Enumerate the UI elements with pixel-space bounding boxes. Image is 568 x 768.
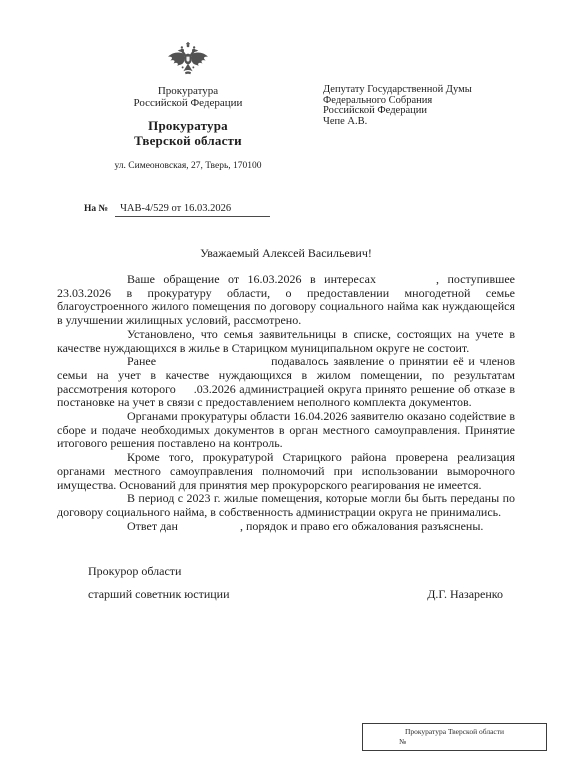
- paragraph-7-text-b: , порядок и право его обжалования разъяс…: [240, 519, 483, 533]
- org-name-line2: Российской Федерации: [57, 98, 319, 110]
- signer-name: Д.Г. Назаренко: [427, 587, 503, 602]
- signer-position-line1: Прокурор области: [88, 564, 515, 579]
- addressee-line3: Российской Федерации: [323, 106, 515, 117]
- addressee-block: Депутату Государственной Думы Федерально…: [323, 42, 515, 171]
- salutation: Уважаемый Алексей Васильевич!: [57, 246, 515, 261]
- office-name: Прокуратура Тверской области: [57, 119, 319, 148]
- registration-stamp: Прокуратура Тверской области №: [362, 723, 547, 751]
- paragraph-7-text-a: Ответ дан: [127, 519, 178, 533]
- paragraph-3: Ранееподавалось заявление о принятии её …: [57, 355, 515, 410]
- letter-page: Прокуратура Российской Федерации Прокура…: [0, 0, 568, 768]
- redacted-blank: [176, 392, 194, 393]
- paragraph-3-text-a: Ранее: [127, 354, 156, 368]
- office-address: ул. Симеоновская, 27, Тверь, 170100: [57, 161, 319, 171]
- signature-block: Прокурор области старший советник юстици…: [88, 564, 515, 602]
- coat-of-arms-icon: [165, 42, 211, 82]
- addressee-line1: Депутату Государственной Думы: [323, 85, 515, 96]
- reference-label: На №: [84, 204, 108, 214]
- office-name-line1: Прокуратура: [57, 119, 319, 134]
- signature-row: старший советник юстиции Д.Г. Назаренко: [88, 587, 515, 602]
- paragraph-2: Установлено, что семья заявительницы в с…: [57, 328, 515, 355]
- paragraph-6: В период с 2023 г. жилые помещения, кото…: [57, 492, 515, 519]
- letter-body: Ваше обращение от 16.03.2026 в интересах…: [57, 273, 515, 533]
- org-name-line1: Прокуратура: [57, 86, 319, 98]
- office-name-line2: Тверской области: [57, 134, 319, 149]
- paragraph-7: Ответ дан, порядок и право его обжалован…: [57, 520, 515, 534]
- stamp-number-label: №: [399, 738, 546, 746]
- paragraph-1: Ваше обращение от 16.03.2026 в интересах…: [57, 273, 515, 328]
- paragraph-5: Кроме того, прокуратурой Старицкого райо…: [57, 451, 515, 492]
- org-name: Прокуратура Российской Федерации: [57, 86, 319, 109]
- reference-line: На №ЧАВ-4/529 от 16.03.2026: [84, 203, 515, 217]
- signer-position-line2: старший советник юстиции: [88, 587, 230, 602]
- reference-number: ЧАВ-4/529 от 16.03.2026: [115, 203, 270, 217]
- paragraph-4: Органами прокуратуры области 16.04.2026 …: [57, 410, 515, 451]
- redacted-blank: [178, 529, 240, 530]
- redacted-blank: [376, 282, 436, 283]
- stamp-org-name: Прокуратура Тверской области: [363, 728, 546, 736]
- redacted-blank: [156, 364, 271, 365]
- letterhead: Прокуратура Российской Федерации Прокура…: [57, 42, 515, 171]
- paragraph-1-text-a: Ваше обращение от 16.03.2026 в интересах: [127, 272, 376, 286]
- letterhead-left: Прокуратура Российской Федерации Прокура…: [57, 42, 319, 171]
- addressee-name: Чепе А.В.: [323, 117, 515, 128]
